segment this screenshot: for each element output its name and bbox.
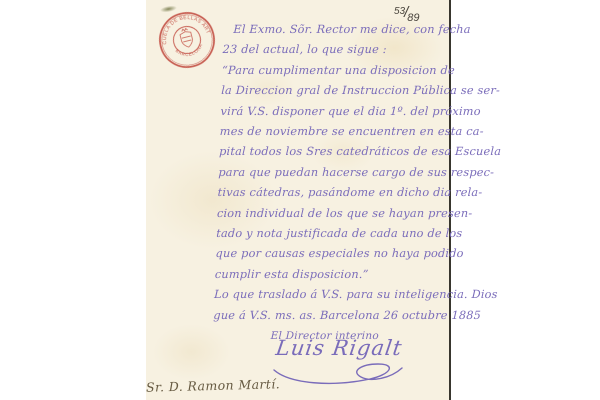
letter-body: El Exmo. Sõr. Rector me dice, con fecha … bbox=[212, 20, 456, 347]
seal-bottom-text: BARCELONA bbox=[174, 41, 206, 60]
letter-line: virá V.S. disponer que el dia 1º. del pr… bbox=[220, 102, 454, 122]
letter-line: 23 del actual, lo que sigue : bbox=[222, 40, 456, 60]
svg-text:BARCELONA: BARCELONA bbox=[174, 41, 206, 60]
letter-line: cumplir esta disposicion.” bbox=[214, 265, 448, 285]
seal-coat-of-arms bbox=[179, 28, 194, 49]
letter-line: mes de noviembre se encuentren en esta c… bbox=[219, 122, 453, 142]
scanned-letter-page: ESCUELA DE BELLAS ARTES BARCELONA 53/89 … bbox=[0, 0, 600, 400]
letter-line: El Exmo. Sõr. Rector me dice, con fecha bbox=[223, 20, 457, 40]
letter-line: tivas cátedras, pasándome en dicho dia r… bbox=[217, 183, 451, 203]
letter-line: cion individual de los que se hayan pres… bbox=[217, 204, 451, 224]
letter-line: gue á V.S. ms. as. Barcelona 26 octubre … bbox=[213, 306, 447, 326]
folio-number: 53/89 bbox=[394, 2, 420, 18]
letter-line: que por causas especiales no haya podido bbox=[215, 244, 449, 264]
letter-line: “Para cumplimentar una disposicion de bbox=[222, 61, 456, 81]
letter-line: pital todos los Sres catedráticos de esa… bbox=[219, 142, 453, 162]
letter-line: la Direccion gral de Instruccion Pública… bbox=[221, 81, 455, 101]
letter-line: para que puedan hacerse cargo de sus res… bbox=[218, 163, 452, 183]
signature-flourish bbox=[266, 358, 410, 388]
letter-line: Lo que traslado á V.S. para su inteligen… bbox=[214, 285, 448, 305]
letter-line: tado y nota justificada de cada uno de l… bbox=[216, 224, 450, 244]
signature: Luis Rigalt bbox=[274, 336, 404, 360]
